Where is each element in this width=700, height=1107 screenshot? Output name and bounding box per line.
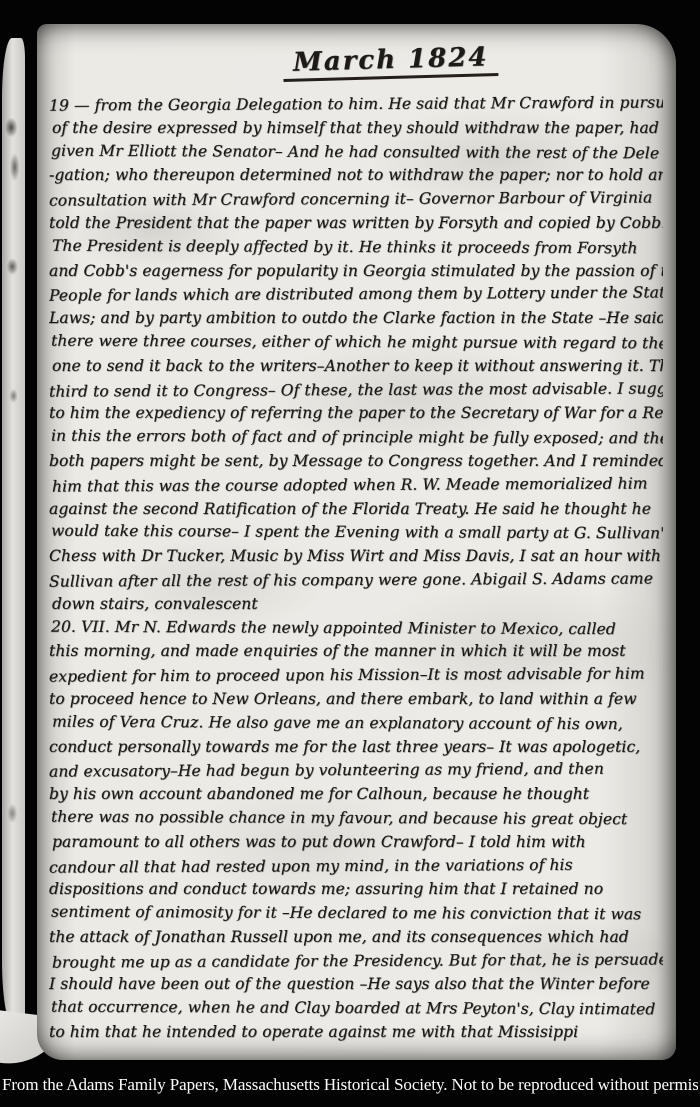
manuscript-line: given Mr Elliott the Senator– And he had… <box>49 139 663 165</box>
previous-page-edge <box>2 38 25 1032</box>
manuscript-body: 19 — from the Georgia Delegation to him.… <box>37 93 676 1045</box>
manuscript-line: to him the expediency of referring the p… <box>49 402 663 426</box>
manuscript-line: to him that he intended to operate again… <box>49 1021 663 1045</box>
manuscript-line: Sullivan after all the rest of his compa… <box>49 567 663 594</box>
manuscript-line: the attack of Jonathan Russell upon me, … <box>49 926 663 950</box>
manuscript-line: I should have been out of the question –… <box>49 973 663 997</box>
heading-wrap: March 1824 <box>37 45 676 87</box>
manuscript-line: dispositions and conduct towards me; ass… <box>49 878 663 902</box>
manuscript-line: that occurrence, when he and Clay boarde… <box>49 996 663 1022</box>
manuscript-line: him that this was the course adopted whe… <box>49 472 663 499</box>
manuscript-line: down stairs, convalescent <box>49 593 663 617</box>
manuscript-line: against the second Ratification of the F… <box>49 498 663 522</box>
manuscript-line: told the President that the paper was wr… <box>49 212 663 236</box>
manuscript-line: People for lands which are distributed a… <box>49 282 663 309</box>
manuscript-line: sentiment of animosity for it –He declar… <box>49 901 663 927</box>
manuscript-line: both papers might be sent, by Message to… <box>49 450 663 474</box>
manuscript-line: conduct personally towards me for the la… <box>49 736 663 760</box>
manuscript-line: Chess with Dr Tucker, Music by Miss Wirt… <box>49 545 663 569</box>
manuscript-line: by his own account abandoned me for Calh… <box>49 783 663 807</box>
manuscript-line: 19 — from the Georgia Delegation to him.… <box>49 91 663 118</box>
manuscript-line: brought me up as a candidate for the Pre… <box>49 948 663 975</box>
manuscript-line: consultation with Mr Crawford concerning… <box>49 187 663 214</box>
page-heading: March 1824 <box>282 42 498 82</box>
manuscript-line: of the desire expressed by himself that … <box>49 117 663 141</box>
manuscript-line: would take this course– I spent the Even… <box>49 520 663 546</box>
archive-caption: From the Adams Family Papers, Massachuse… <box>2 1075 698 1095</box>
scanned-manuscript-view: { "page": { "heading": "March 1824", "li… <box>0 0 700 1107</box>
manuscript-line: one to send it back to the writers–Anoth… <box>49 355 663 379</box>
manuscript-line: and Cobb's eagerness for popularity in G… <box>49 260 663 284</box>
manuscript-line: miles of Vera Cruz. He also gave me an e… <box>49 710 663 736</box>
manuscript-line: in this the errors both of fact and of p… <box>49 425 663 451</box>
manuscript-line: -gation; who thereupon determined not to… <box>49 164 663 188</box>
manuscript-line: The President is deeply affected by it. … <box>49 234 663 260</box>
manuscript-line: Laws; and by party ambition to outdo the… <box>49 307 663 331</box>
manuscript-line: third to send it to Congress– Of these, … <box>49 377 663 404</box>
manuscript-line: there was no possible chance in my favou… <box>49 806 663 832</box>
manuscript-line: and excusatory–He had begun by volunteer… <box>49 758 663 785</box>
manuscript-line: to proceed hence to New Orleans, and the… <box>49 688 663 712</box>
manuscript-line: 20. VII. Mr N. Edwards the newly appoint… <box>49 615 663 641</box>
manuscript-line: there were three courses, either of whic… <box>49 330 663 356</box>
manuscript-line: paramount to all others was to put down … <box>49 831 663 855</box>
manuscript-line: candour all that had rested upon my mind… <box>49 853 663 880</box>
manuscript-line: expedient for him to proceed upon his Mi… <box>49 663 663 690</box>
manuscript-page: March 1824 19 — from the Georgia Delegat… <box>37 24 676 1060</box>
manuscript-line: this morning, and made enquiries of the … <box>49 640 663 664</box>
